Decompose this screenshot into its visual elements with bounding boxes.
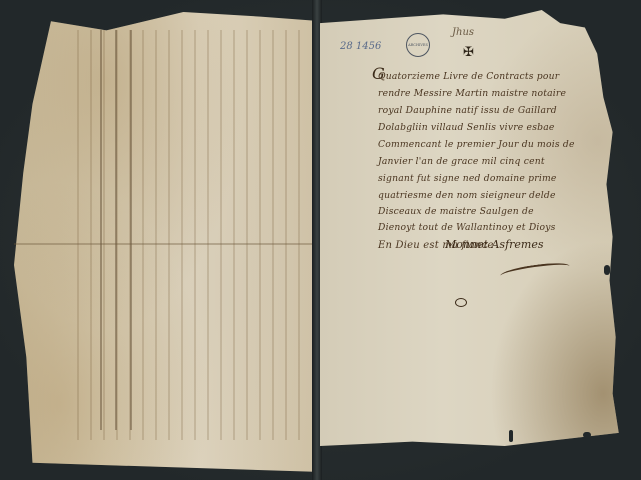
paper-hole: [604, 265, 610, 275]
manuscript-line: rendre Messire Martin maistre notaire: [378, 88, 566, 99]
signature: Monnet Asfremes: [445, 238, 544, 251]
manuscript-line: Dienoyt tout de Wallantinoy et Dioys: [378, 222, 556, 233]
archive-stamp-icon: ARCHIVES: [406, 33, 430, 57]
paper-hole: [583, 432, 591, 438]
ink-loop-mark: [455, 298, 467, 307]
manuscript-line: signant fut signe ned domaine prime: [378, 173, 557, 184]
manuscript-line: Dolabgliin villaud Senlis vivre esbae: [378, 122, 555, 133]
manuscript-line: Commencant le premier Jour du mois de: [378, 139, 575, 150]
folio-number: 28 1456: [340, 41, 381, 52]
manuscript-line: Janvier l'an de grace mil cinq cent: [378, 156, 545, 167]
invocation-text: Jhus: [452, 27, 474, 38]
page-fold-crease: [14, 243, 314, 245]
manuscript-line: Disceaux de maistre Saulgen de: [378, 206, 534, 217]
manuscript-line: royal Dauphine natif issu de Gaillard: [378, 105, 557, 116]
cross-icon: ✠: [463, 45, 474, 60]
manuscript-line: Quatorzieme Livre de Contracts pour: [378, 71, 559, 82]
left-page-margin-text: [92, 30, 132, 430]
paper-hole: [509, 430, 513, 442]
manuscript-line: quatriesme den nom sieigneur delde: [378, 190, 556, 201]
